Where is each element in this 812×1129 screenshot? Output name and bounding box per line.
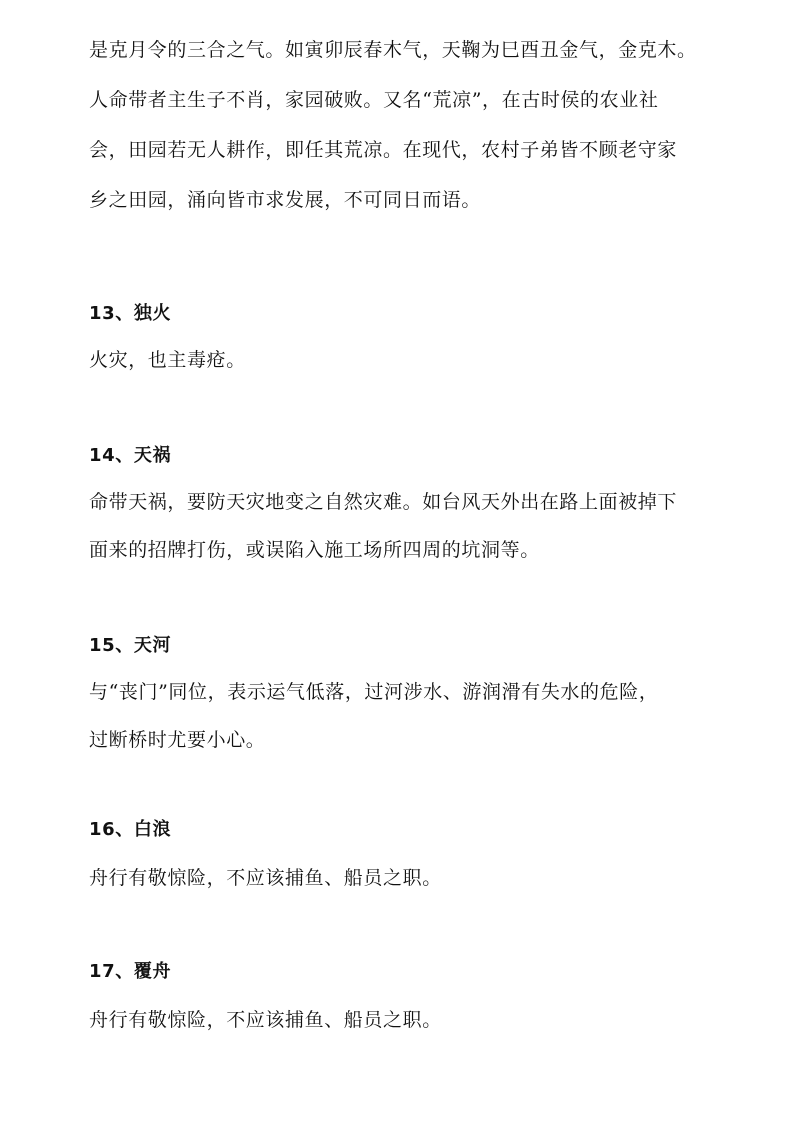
intro-line: 乡之田园，涌向皆市求发展，不可同日而语。 (89, 188, 481, 212)
section-heading: 13、独火 (89, 302, 171, 326)
section-line: 面来的招牌打伤，或误陷入施工场所四周的坑洞等。 (89, 538, 540, 562)
section-line: 命带天祸，要防天灾地变之自然灾难。如台风天外出在路上面被掉下 (89, 490, 677, 514)
section-heading: 14、天祸 (89, 444, 171, 468)
intro-line: 人命带者主生子不肖，家园破败。又名“荒凉”，在古时侯的农业社 (89, 88, 658, 112)
section-line: 与“丧门”同位，表示运气低落，过河涉水、游润滑有失水的危险， (89, 680, 658, 704)
section-heading: 17、覆舟 (89, 960, 171, 984)
intro-line: 会，田园若无人耕作，即任其荒凉。在现代，农村子弟皆不顾老守家 (89, 138, 677, 162)
intro-line: 是克月令的三合之气。如寅卯辰春木气，天鞠为巳酉丑金气，金克木。 (89, 38, 697, 62)
section-heading: 16、白浪 (89, 818, 171, 842)
section-line: 舟行有敬惊险，不应该捕鱼、船员之职。 (89, 866, 442, 890)
section-heading: 15、天河 (89, 634, 171, 658)
section-line: 舟行有敬惊险，不应该捕鱼、船员之职。 (89, 1008, 442, 1032)
section-line: 过断桥时尤要小心。 (89, 728, 265, 752)
section-line: 火灾，也主毒疮。 (89, 348, 246, 372)
